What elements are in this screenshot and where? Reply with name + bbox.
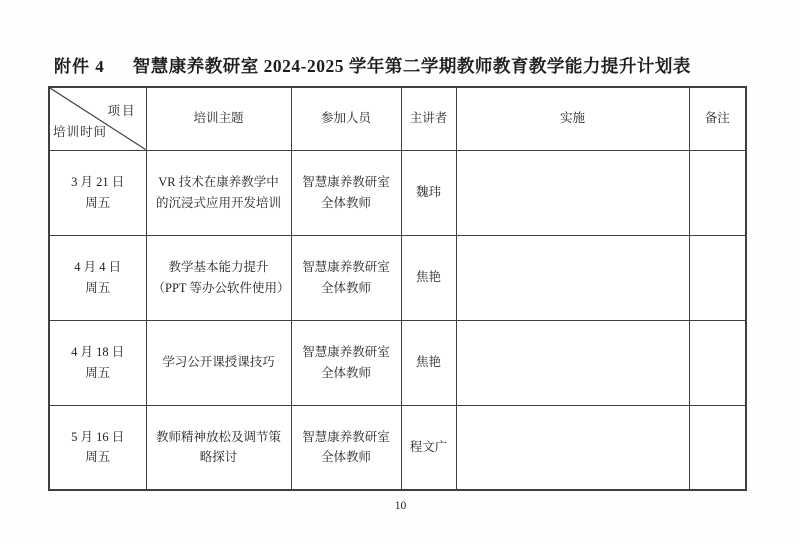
cell-participants: 智慧康养教研室 全体教师: [291, 320, 401, 405]
cell-implementation: [456, 320, 689, 405]
cell-topic: 教学基本能力提升（PPT 等办公软件使用）: [146, 235, 291, 320]
cell-speaker: 魏玮: [401, 150, 456, 235]
table-header-row: 项目 培训时间 培训主题 参加人员 主讲者 实施 备注: [49, 87, 746, 150]
page-title: 智慧康养教研室 2024-2025 学年第二学期教师教育教学能力提升计划表: [133, 53, 691, 78]
cell-time: 3 月 21 日 周五: [49, 150, 146, 235]
cell-remark: [689, 405, 746, 490]
cell-weekday: 周五: [56, 447, 140, 468]
cell-participants: 智慧康养教研室 全体教师: [291, 150, 401, 235]
cell-participants: 智慧康养教研室 全体教师: [291, 405, 401, 490]
cell-remark: [689, 320, 746, 405]
column-header-topic: 培训主题: [146, 87, 291, 150]
cell-date: 4 月 4 日: [56, 257, 140, 278]
cell-topic: VR 技术在康养教学中的沉浸式应用开发培训: [146, 150, 291, 235]
cell-remark: [689, 150, 746, 235]
table-row: 3 月 21 日 周五 VR 技术在康养教学中的沉浸式应用开发培训 智慧康养教研…: [49, 150, 746, 235]
table-row: 4 月 18 日 周五 学习公开课授课技巧 智慧康养教研室 全体教师 焦艳: [49, 320, 746, 405]
column-header-implementation: 实施: [456, 87, 689, 150]
table-row: 5 月 16 日 周五 教师精神放松及调节策略探讨 智慧康养教研室 全体教师 程…: [49, 405, 746, 490]
cell-time: 4 月 18 日 周五: [49, 320, 146, 405]
document-header: 附件 4 智慧康养教研室 2024-2025 学年第二学期教师教育教学能力提升计…: [54, 52, 691, 78]
corner-label-project: 项目: [107, 101, 136, 122]
cell-implementation: [456, 235, 689, 320]
cell-topic: 学习公开课授课技巧: [146, 320, 291, 405]
cell-date: 4 月 18 日: [56, 342, 140, 363]
cell-speaker: 焦艳: [401, 320, 456, 405]
cell-date: 5 月 16 日: [56, 427, 140, 448]
corner-label-training-time: 培训时间: [53, 122, 107, 143]
cell-speaker: 程文广: [401, 405, 456, 490]
attachment-label: 附件 4: [54, 52, 105, 77]
column-header-remark: 备注: [689, 87, 746, 150]
column-header-speaker: 主讲者: [401, 87, 456, 150]
cell-remark: [689, 235, 746, 320]
document-page: 附件 4 智慧康养教研室 2024-2025 学年第二学期教师教育教学能力提升计…: [0, 0, 801, 543]
cell-time: 4 月 4 日 周五: [49, 235, 146, 320]
cell-weekday: 周五: [56, 278, 140, 299]
page-number: 10: [0, 500, 801, 512]
corner-header-cell: 项目 培训时间: [49, 87, 146, 150]
cell-weekday: 周五: [56, 193, 140, 214]
cell-implementation: [456, 405, 689, 490]
cell-implementation: [456, 150, 689, 235]
cell-weekday: 周五: [56, 363, 140, 384]
cell-speaker: 焦艳: [401, 235, 456, 320]
column-header-participants: 参加人员: [291, 87, 401, 150]
training-plan-table: 项目 培训时间 培训主题 参加人员 主讲者 实施 备注 3 月 21 日 周五 …: [48, 86, 747, 491]
cell-time: 5 月 16 日 周五: [49, 405, 146, 490]
cell-date: 3 月 21 日: [56, 172, 140, 193]
table-row: 4 月 4 日 周五 教学基本能力提升（PPT 等办公软件使用） 智慧康养教研室…: [49, 235, 746, 320]
cell-participants: 智慧康养教研室 全体教师: [291, 235, 401, 320]
cell-topic: 教师精神放松及调节策略探讨: [146, 405, 291, 490]
